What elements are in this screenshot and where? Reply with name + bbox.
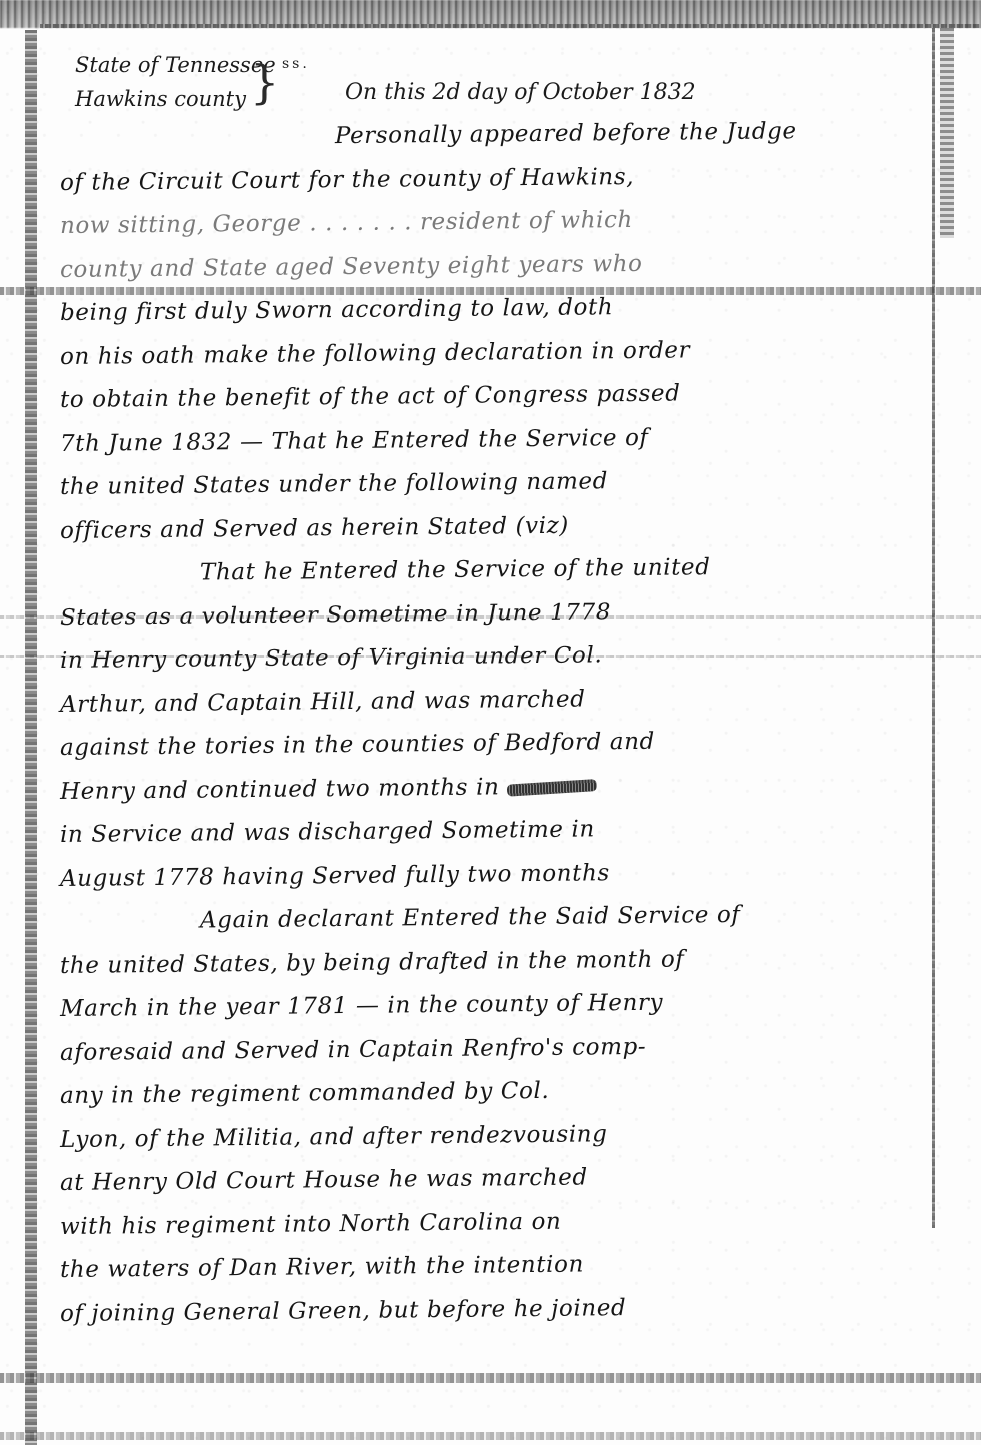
scan-border-right — [940, 28, 954, 238]
text-fragment: Henry and continued two months in — [60, 774, 500, 805]
venue-block: State of Tennessee Hawkins county — [75, 48, 276, 116]
scan-border-left — [25, 30, 37, 1445]
handwritten-declaration: State of Tennessee Hawkins county } ss. … — [60, 48, 930, 1336]
brace-icon: } — [250, 52, 279, 112]
page-edge-right — [932, 28, 935, 1228]
scan-border-top-line — [40, 24, 981, 28]
ss-mark: ss. — [282, 56, 310, 72]
struck-out-word — [507, 779, 598, 797]
declaration-date: On this 2d day of October 1832 — [345, 80, 696, 105]
fold-crease — [0, 1432, 981, 1440]
state-name: State of Tennessee — [75, 48, 276, 82]
fold-crease — [0, 1373, 981, 1383]
text-line: of joining General Green, but before he … — [60, 1283, 930, 1336]
county-name: Hawkins county — [75, 82, 276, 116]
declaration-heading: State of Tennessee Hawkins county } ss. … — [60, 48, 930, 118]
